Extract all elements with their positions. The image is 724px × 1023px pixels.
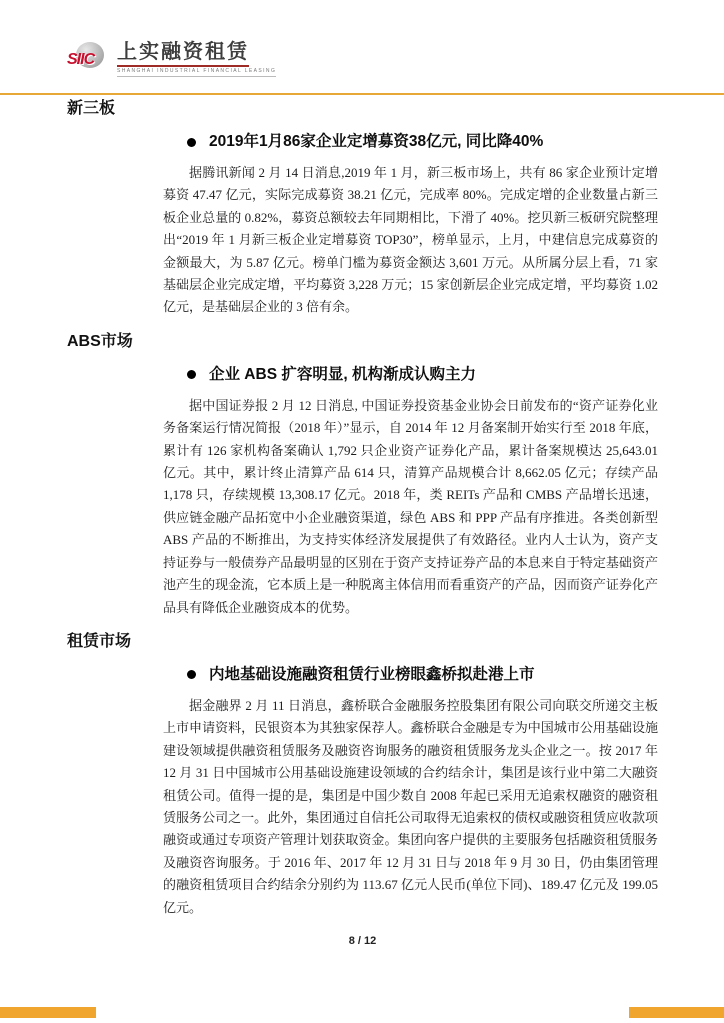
section-heading: 租赁市场 xyxy=(67,632,658,652)
document-page: SIIC 上实融资租赁 SHANGHAI INDUSTRIAL FINANCIA… xyxy=(0,0,724,1023)
section-leasing-market: 租赁市场 内地基础设施融资租赁行业榜眼鑫桥拟赴港上市 据金融界 2 月 11 日… xyxy=(67,632,658,919)
news-headline: 企业 ABS 扩容明显, 机构渐成认购主力 xyxy=(209,365,476,385)
news-item: 企业 ABS 扩容明显, 机构渐成认购主力 据中国证券报 2 月 12 日消息,… xyxy=(163,365,658,619)
news-body: 据金融界 2 月 11 日消息，鑫桥联合金融服务控股集团有限公司向联交所递交主板… xyxy=(163,695,658,919)
logo-text: 上实融资租赁 SHANGHAI INDUSTRIAL FINANCIAL LEA… xyxy=(117,40,276,77)
news-headline: 内地基础设施融资租赁行业榜眼鑫桥拟赴港上市 xyxy=(209,665,535,685)
page-header: SIIC 上实融资租赁 SHANGHAI INDUSTRIAL FINANCIA… xyxy=(0,0,724,95)
footer-accent-bar-left xyxy=(0,1007,96,1018)
document-content: 新三板 2019年1月86家企业定增募资38亿元, 同比降40% 据腾讯新闻 2… xyxy=(0,99,724,947)
bullet-icon xyxy=(187,670,196,679)
news-headline-row: 内地基础设施融资租赁行业榜眼鑫桥拟赴港上市 xyxy=(163,665,658,685)
news-body: 据腾讯新闻 2 月 14 日消息,2019 年 1 月，新三板市场上，共有 86… xyxy=(163,162,658,319)
logo-abbr: SIIC xyxy=(67,51,94,69)
news-headline-row: 企业 ABS 扩容明显, 机构渐成认购主力 xyxy=(163,365,658,385)
section-abs-market: ABS市场 企业 ABS 扩容明显, 机构渐成认购主力 据中国证券报 2 月 1… xyxy=(67,332,658,619)
footer-accent-bar-right xyxy=(629,1007,724,1018)
company-name-en: SHANGHAI INDUSTRIAL FINANCIAL LEASING xyxy=(117,67,276,77)
section-xinsanban: 新三板 2019年1月86家企业定增募资38亿元, 同比降40% 据腾讯新闻 2… xyxy=(67,99,658,319)
news-headline: 2019年1月86家企业定增募资38亿元, 同比降40% xyxy=(209,132,543,152)
company-name-cn: 上实融资租赁 xyxy=(117,40,249,67)
section-heading: 新三板 xyxy=(67,99,658,119)
bullet-icon xyxy=(187,370,196,379)
news-body: 据中国证券报 2 月 12 日消息, 中国证券投资基金业协会日前发布的“资产证券… xyxy=(163,395,658,619)
siic-globe-icon: SIIC xyxy=(67,42,111,76)
section-heading: ABS市场 xyxy=(67,332,658,352)
page-number: 8 / 12 xyxy=(67,935,658,947)
company-logo: SIIC 上实融资租赁 SHANGHAI INDUSTRIAL FINANCIA… xyxy=(67,40,658,77)
news-item: 2019年1月86家企业定增募资38亿元, 同比降40% 据腾讯新闻 2 月 1… xyxy=(163,132,658,319)
news-headline-row: 2019年1月86家企业定增募资38亿元, 同比降40% xyxy=(163,132,658,152)
bullet-icon xyxy=(187,138,196,147)
news-item: 内地基础设施融资租赁行业榜眼鑫桥拟赴港上市 据金融界 2 月 11 日消息，鑫桥… xyxy=(163,665,658,919)
